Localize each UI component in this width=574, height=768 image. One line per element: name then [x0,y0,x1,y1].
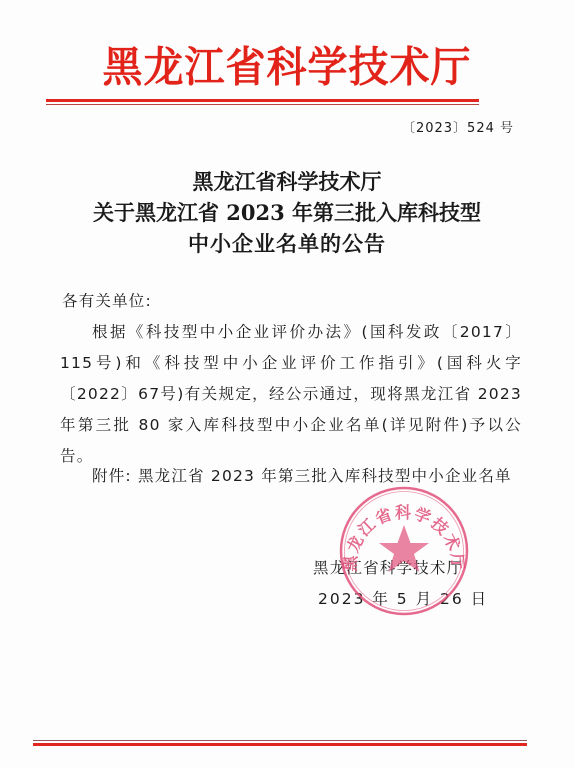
signature-organization: 黑龙江省科学技术厅 [313,553,463,584]
masthead-divider-thin [46,104,479,105]
masthead-title: 黑龙江省科学技术厅 [0,43,574,93]
masthead-divider-thick [46,99,479,102]
document-title-line-3: 中小企业名单的公告 [0,228,574,259]
document-number: 〔2023〕524 号 [380,120,514,138]
salutation: 各有关单位: [62,286,152,317]
footer-divider-thin [33,740,527,741]
footer-divider-thick [33,743,527,746]
document-title-line-2: 关于黑龙江省 2023 年第三批入库科技型 [0,197,574,228]
document-title-line-1: 黑龙江省科学技术厅 [0,166,574,197]
signature-date: 2023 年 5 月 26 日 [318,584,488,615]
attachment-note: 附件: 黑龙江省 2023 年第三批入库科技型中小企业名单 [92,461,512,492]
body-paragraph: 根据《科技型中小企业评价办法》(国科发政〔2017〕115号)和《科技型中小企业… [60,317,522,472]
